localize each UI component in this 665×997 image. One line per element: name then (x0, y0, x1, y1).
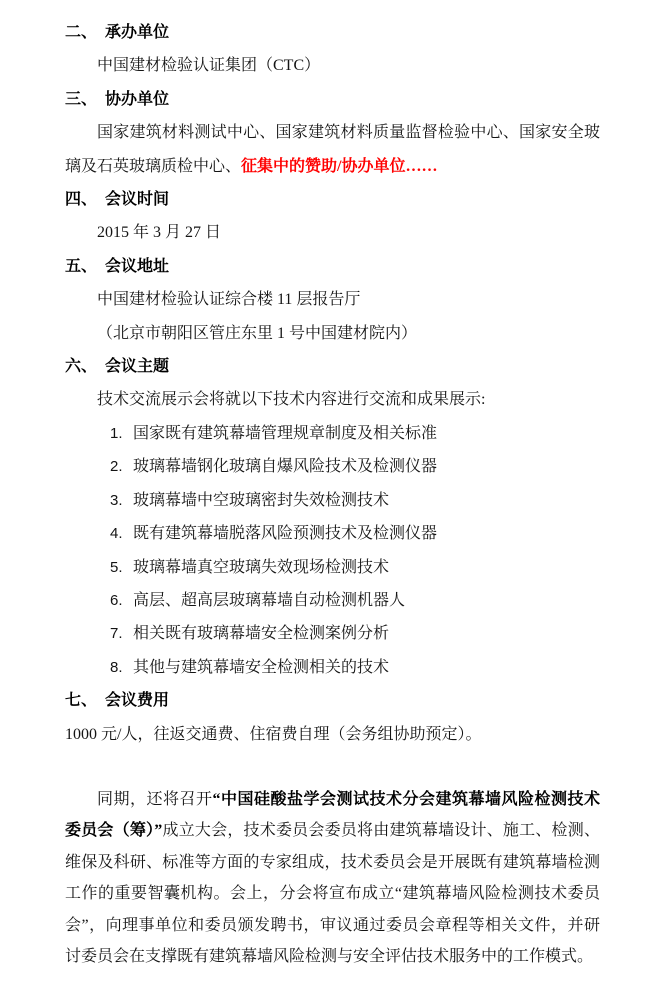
topic-item-3: 3.玻璃幕墙中空玻璃密封失效检测技术 (65, 484, 600, 517)
topic-item-4: 4.既有建筑幕墙脱落风险预测技术及检测仪器 (65, 517, 600, 550)
closing-paragraph: 同期，还将召开“中国硅酸盐学会测试技术分会建筑幕墙风险检测技术委员会（筹）”成立… (65, 784, 600, 972)
section-heading-organizer: 二、承办单位 (65, 16, 600, 49)
section-number: 六、 (65, 358, 97, 375)
topic-item-number: 2. (110, 450, 126, 483)
section-title: 协办单位 (105, 91, 169, 108)
section-heading-topics: 六、会议主题 (65, 350, 600, 383)
section-heading-fee: 七、会议费用 (65, 684, 600, 717)
closing-lead: 同期，还将召开 (97, 791, 213, 808)
paragraph-cohosts: 国家建筑材料测试中心、国家建筑材料质量监督检验中心、国家安全玻璃及石英玻璃质检中… (65, 116, 600, 183)
paragraph-venue: 中国建材检验认证综合楼 11 层报告厅 (65, 283, 600, 316)
section-title: 会议地址 (105, 258, 169, 275)
topic-item-5: 5.玻璃幕墙真空玻璃失效现场检测技术 (65, 551, 600, 584)
paragraph-venue-address: （北京市朝阳区管庄东里 1 号中国建材院内） (65, 317, 600, 350)
topic-item-6: 6.高层、超高层玻璃幕墙自动检测机器人 (65, 584, 600, 617)
topics-intro: 技术交流展示会将就以下技术内容进行交流和成果展示: (65, 383, 600, 416)
topic-item-number: 6. (110, 584, 126, 617)
paragraph-meeting-date: 2015 年 3 月 27 日 (65, 216, 600, 249)
topic-item-text: 其他与建筑幕墙安全检测相关的技术 (133, 659, 389, 676)
cohosts-sponsor-highlight: 征集中的赞助/协办单位…… (241, 158, 437, 175)
topic-item-text: 相关既有玻璃幕墙安全检测案例分析 (133, 625, 389, 642)
section-title: 会议时间 (105, 191, 169, 208)
section-title: 会议主题 (105, 358, 169, 375)
topic-item-2: 2.玻璃幕墙钢化玻璃自爆风险技术及检测仪器 (65, 450, 600, 483)
topic-item-number: 3. (110, 484, 126, 517)
topic-item-number: 5. (110, 551, 126, 584)
topic-item-text: 玻璃幕墙钢化玻璃自爆风险技术及检测仪器 (133, 458, 437, 475)
section-number: 七、 (65, 692, 97, 709)
section-title: 承办单位 (105, 24, 169, 41)
closing-rest: 成立大会，技术委员会委员将由建筑幕墙设计、施工、检测、维保及科研、标准等方面的专… (65, 822, 600, 965)
document-page: 二、承办单位 中国建材检验认证集团（CTC） 三、协办单位 国家建筑材料测试中心… (0, 0, 665, 997)
topic-item-number: 8. (110, 651, 126, 684)
topic-item-number: 1. (110, 417, 126, 450)
topic-item-1: 1.国家既有建筑幕墙管理规章制度及相关标准 (65, 417, 600, 450)
topic-item-text: 玻璃幕墙中空玻璃密封失效检测技术 (133, 492, 389, 509)
topic-item-text: 国家既有建筑幕墙管理规章制度及相关标准 (133, 425, 437, 442)
topic-item-text: 既有建筑幕墙脱落风险预测技术及检测仪器 (133, 525, 437, 542)
topic-item-text: 高层、超高层玻璃幕墙自动检测机器人 (133, 592, 405, 609)
section-heading-time: 四、会议时间 (65, 183, 600, 216)
paragraph-fee: 1000 元/人，往返交通费、住宿费自理（会务组协助预定）。 (65, 718, 600, 751)
section-title: 会议费用 (105, 692, 169, 709)
topic-item-number: 7. (110, 617, 126, 650)
paragraph-organizer: 中国建材检验认证集团（CTC） (65, 49, 600, 82)
topic-item-number: 4. (110, 517, 126, 550)
section-number: 三、 (65, 91, 97, 108)
section-number: 五、 (65, 258, 97, 275)
section-number: 二、 (65, 24, 97, 41)
section-number: 四、 (65, 191, 97, 208)
section-heading-address: 五、会议地址 (65, 250, 600, 283)
topic-item-text: 玻璃幕墙真空玻璃失效现场检测技术 (133, 559, 389, 576)
section-heading-cohost: 三、协办单位 (65, 83, 600, 116)
topic-item-7: 7.相关既有玻璃幕墙安全检测案例分析 (65, 617, 600, 650)
topic-item-8: 8.其他与建筑幕墙安全检测相关的技术 (65, 651, 600, 684)
